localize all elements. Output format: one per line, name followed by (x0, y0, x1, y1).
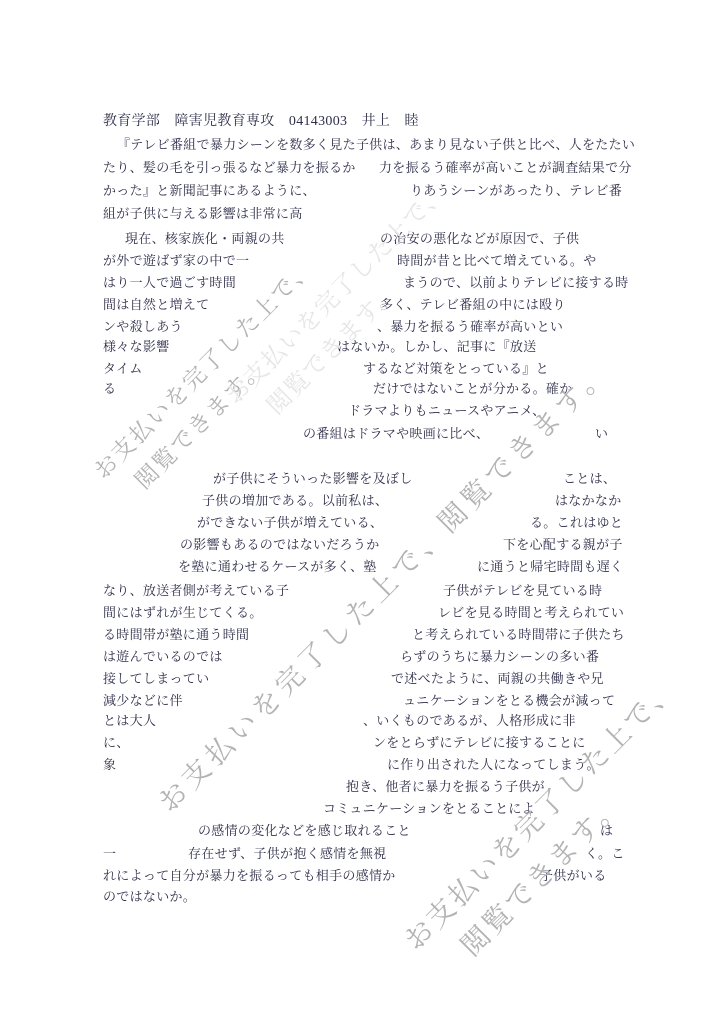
text-line: たり、髪の毛を引っ張るなど暴力を振るか力を振るう確率が高いことが調査結果で分 (103, 158, 643, 178)
text-fragment: る。これはゆと (530, 513, 623, 533)
text-fragment: の影響もあるのではないだろうか (180, 535, 380, 555)
text-line: 一存在せず、子供が抱く感情を無視く。こ (103, 844, 643, 864)
document-header: 教育学部 障害児教育専攻 04143003 井上 睦 (103, 110, 419, 130)
text-line: タイムするなど対策をとっている』と (103, 359, 643, 379)
text-fragment: 子供がテレビを見ている時 (443, 581, 602, 601)
text-fragment: 間にはずれが生じてくる。 (103, 603, 263, 623)
text-fragment: 下を心配する親が子 (503, 535, 623, 555)
text-line: ドラマよりもニュースやアニメ、 (103, 401, 643, 421)
text-fragment: の感情の変化などを感じ取れること (198, 821, 411, 841)
text-line: る時間帯が塾に通う時間と考えられている時間帯に子供たち (103, 625, 643, 645)
text-fragment: 子供がいる (540, 866, 607, 886)
text-fragment: 一 (103, 844, 116, 864)
text-line: の番組はドラマや映画に比べ、い (103, 424, 643, 444)
text-fragment: ことは、 (563, 469, 616, 489)
text-fragment: 組が子供に与える影響は非常に高 (103, 204, 303, 224)
text-line: 『テレビ番組で暴力シーンを数多く見た子供は、あまり見ない子供と比べ、人をたたい (103, 135, 643, 155)
text-line: に、ンをとらずにテレビに接することに (103, 733, 643, 753)
text-fragment: 子供の増加である。以前私は、 (202, 491, 388, 511)
text-fragment: たり、髪の毛を引っ張るなど暴力を振るか (103, 158, 356, 178)
text-fragment: 多く、テレビ番組の中には殴り (380, 295, 566, 315)
text-fragment: ンや殺しあう (103, 317, 183, 337)
text-fragment: ドラマよりもニュースやアニメ、 (348, 401, 545, 421)
text-fragment: れによって自分が暴力を振るっても相手の感情か (103, 866, 396, 886)
text-fragment: が子供にそういった影響を及ぼし (213, 469, 413, 489)
text-fragment: に作り出された人になってしまう。 (387, 755, 600, 775)
text-fragment: の治安の悪化などが原因で、子供 (380, 229, 579, 249)
text-fragment: 現在、核家族化・両親の共 (125, 229, 285, 249)
text-fragment: 時間が昔と比べて増えている。や (397, 251, 597, 271)
text-fragment: に通うと帰宅時間も遅く (477, 557, 623, 577)
text-line: 様々な影響はないか。しかし、記事に『放送 (103, 337, 643, 357)
text-line: 組が子供に与える影響は非常に高 (103, 204, 643, 224)
text-line: が子供にそういった影響を及ぼしことは、 (103, 469, 643, 489)
text-line: の影響もあるのではないだろうか下を心配する親が子 (103, 535, 643, 555)
text-fragment: だけではないことが分かる。確か (373, 379, 573, 399)
text-fragment: 減少などに伴 (103, 691, 183, 711)
text-line: 抱き、他者に暴力を振るう子供が (103, 777, 643, 797)
text-fragment: はり一人で過ごす時間 (103, 273, 236, 293)
text-fragment: 存在せず、子供が抱く感情を無視 (188, 844, 386, 864)
text-line: コミュニケーションをとることによ (103, 799, 643, 819)
text-fragment: を塾に通わせるケースが多く、塾 (178, 557, 377, 577)
text-line: ンや殺しあう、暴力を振るう確率が高いとい (103, 317, 643, 337)
text-line: 減少などに伴ュニケーションをとる機会が減って (103, 691, 643, 711)
text-line: とは大人、いくものであるが、人格形成に非 (103, 711, 643, 731)
text-line: 現在、核家族化・両親の共の治安の悪化などが原因で、子供 (103, 229, 643, 249)
text-fragment: 抱き、他者に暴力を振るう子供が (346, 777, 545, 797)
text-line: は遊んでいるのではらずのうちに暴力シーンの多い番 (103, 647, 643, 667)
text-fragment: 象 (103, 755, 116, 775)
text-line: が外で遊ばず家の中で一時間が昔と比べて増えている。や (103, 251, 643, 271)
text-fragment: 『テレビ番組で暴力シーンを数多く見た子供は、あまり見ない子供と比べ、人をたたい (117, 135, 635, 155)
text-fragment: ンをとらずにテレビに接することに (373, 733, 586, 753)
document-page: 教育学部 障害児教育専攻 04143003 井上 睦 『テレビ番組で暴力シーンを… (0, 0, 724, 1024)
text-line: ができない子供が増えている、る。これはゆと (103, 513, 643, 533)
text-fragment: に、 (103, 733, 130, 753)
text-fragment: で述べたように、両親の共働きや兄 (391, 669, 604, 689)
text-fragment: はないか。しかし、記事に『放送 (337, 337, 537, 357)
text-fragment: が外で遊ばず家の中で一 (103, 251, 249, 271)
text-fragment: の番組はドラマや映画に比べ、 (303, 424, 489, 444)
text-fragment: る時間帯が塾に通う時間 (103, 625, 249, 645)
text-fragment: 、いくものであるが、人格形成に非 (363, 711, 576, 731)
text-line: かった』と新聞記事にあるように、りあうシーンがあったり、テレビ番 (103, 181, 643, 201)
text-fragment: と考えられている時間帯に子供たち (412, 625, 625, 645)
text-fragment: 力を振るう確率が高いことが調査結果で分 (379, 158, 632, 178)
text-line: 間は自然と増えて多く、テレビ番組の中には殴り (103, 295, 643, 315)
text-line: 接してしまっていで述べたように、両親の共働きや兄 (103, 669, 643, 689)
text-fragment: まうので、以前よりテレビに接する時 (403, 273, 629, 293)
text-fragment: らずのうちに暴力シーンの多い番 (400, 647, 599, 667)
text-fragment: は遊んでいるのでは (103, 647, 223, 667)
text-fragment: い (595, 424, 608, 444)
text-line: のではないか。 (103, 887, 643, 907)
text-fragment: く。こ (585, 844, 625, 864)
text-fragment: ュニケーションをとる機会が減って (403, 691, 615, 711)
text-fragment: はなかなか (555, 491, 622, 511)
text-line: 間にはずれが生じてくる。レビを見る時間と考えられてい (103, 603, 643, 623)
text-fragment: レビを見る時間と考えられてい (438, 603, 624, 623)
text-fragment: ができない子供が増えている、 (197, 513, 383, 533)
text-line: なり、放送者側が考えている子子供がテレビを見ている時 (103, 581, 643, 601)
text-fragment: なり、放送者側が考えている子 (103, 581, 289, 601)
text-fragment: かった』と新聞記事にあるように、 (103, 181, 316, 201)
text-fragment: 接してしまってい (103, 669, 209, 689)
text-line: の感情の変化などを感じ取れることは (103, 821, 643, 841)
text-fragment: のではないか。 (103, 887, 196, 907)
text-fragment: りあうシーンがあったり、テレビ番 (410, 181, 622, 201)
text-fragment: は (600, 821, 613, 841)
text-fragment: 様々な影響 (103, 337, 170, 357)
text-fragment: る (103, 379, 116, 399)
text-line: るだけではないことが分かる。確か (103, 379, 643, 399)
text-fragment: 、暴力を振るう確率が高いとい (377, 317, 563, 337)
text-fragment: 間は自然と増えて (103, 295, 209, 315)
text-fragment: タイム (103, 359, 143, 379)
text-fragment: とは大人 (103, 711, 156, 731)
text-fragment: コミュニケーションをとることによ (323, 799, 535, 819)
text-line: れによって自分が暴力を振るっても相手の感情か子供がいる (103, 866, 643, 886)
text-fragment: するなど対策をとっている』と (363, 359, 549, 379)
text-line: 子供の増加である。以前私は、はなかなか (103, 491, 643, 511)
text-line: を塾に通わせるケースが多く、塾に通うと帰宅時間も遅く (103, 557, 643, 577)
text-line: 象に作り出された人になってしまう。 (103, 755, 643, 775)
text-line: はり一人で過ごす時間まうので、以前よりテレビに接する時 (103, 273, 643, 293)
